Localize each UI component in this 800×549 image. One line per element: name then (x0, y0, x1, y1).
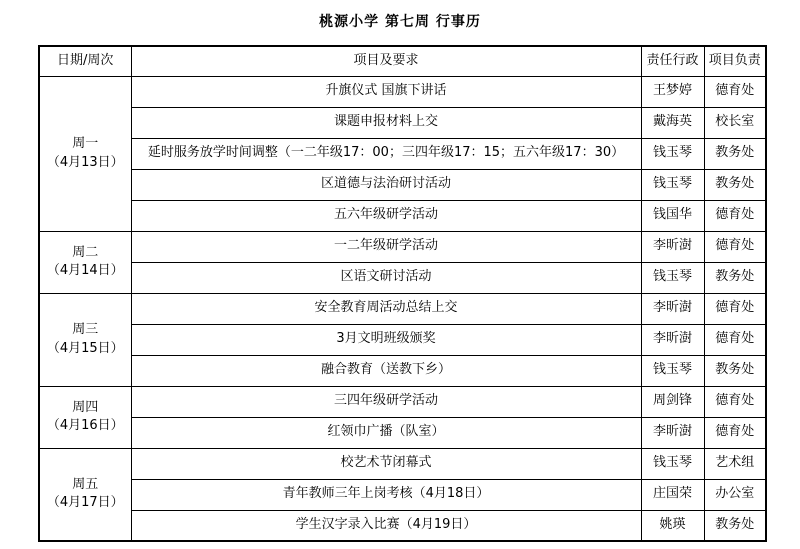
dept-cell: 德育处 (704, 293, 766, 324)
table-row: 周三（4月15日）安全教育周活动总结上交李昕澍德育处 (39, 293, 766, 324)
task-cell: 课题申报材料上交 (131, 107, 641, 138)
admin-cell: 李昕澍 (641, 324, 704, 355)
day-label: 周三 (44, 321, 127, 339)
table-row: 课题申报材料上交戴海英校长室 (39, 107, 766, 138)
header-task: 项目及要求 (131, 46, 641, 76)
task-cell: 青年教师三年上岗考核（4月18日） (131, 479, 641, 510)
admin-cell: 李昕澍 (641, 293, 704, 324)
task-cell: 学生汉字录入比赛（4月19日） (131, 510, 641, 541)
page-title: 桃源小学 第七周 行事历 (0, 13, 800, 32)
admin-cell: 钱玉琴 (641, 448, 704, 479)
schedule-table: 日期/周次 项目及要求 责任行政 项目负责 周一（4月13日）升旗仪式 国旗下讲… (38, 45, 767, 542)
admin-cell: 钱国华 (641, 200, 704, 231)
task-cell: 3月文明班级颁奖 (131, 324, 641, 355)
document-page: 桃源小学 第七周 行事历 日期/周次 项目及要求 责任行政 项目负责 周一（4月… (0, 0, 800, 549)
admin-cell: 周剑锋 (641, 386, 704, 417)
table-row: 区道德与法治研讨活动钱玉琴教务处 (39, 169, 766, 200)
admin-cell: 姚瑛 (641, 510, 704, 541)
task-cell: 延时服务放学时间调整（一二年级17：00；三四年级17：15；五六年级17：30… (131, 138, 641, 169)
admin-cell: 李昕澍 (641, 231, 704, 262)
dept-cell: 校长室 (704, 107, 766, 138)
date-label: （4月14日） (44, 262, 127, 280)
table-body: 周一（4月13日）升旗仪式 国旗下讲话王梦婷德育处课题申报材料上交戴海英校长室延… (39, 76, 766, 541)
day-cell: 周五（4月17日） (39, 448, 131, 541)
admin-cell: 钱玉琴 (641, 169, 704, 200)
task-cell: 一二年级研学活动 (131, 231, 641, 262)
table-row: 周一（4月13日）升旗仪式 国旗下讲话王梦婷德育处 (39, 76, 766, 107)
task-cell: 融合教育（送教下乡） (131, 355, 641, 386)
table-row: 区语文研讨活动钱玉琴教务处 (39, 262, 766, 293)
table-header: 日期/周次 项目及要求 责任行政 项目负责 (39, 46, 766, 76)
dept-cell: 德育处 (704, 324, 766, 355)
task-cell: 区道德与法治研讨活动 (131, 169, 641, 200)
header-row: 日期/周次 项目及要求 责任行政 项目负责 (39, 46, 766, 76)
admin-cell: 王梦婷 (641, 76, 704, 107)
task-cell: 五六年级研学活动 (131, 200, 641, 231)
day-label: 周四 (44, 399, 127, 417)
admin-cell: 钱玉琴 (641, 262, 704, 293)
dept-cell: 教务处 (704, 510, 766, 541)
task-cell: 安全教育周活动总结上交 (131, 293, 641, 324)
table-row: 红领巾广播（队室）李昕澍德育处 (39, 417, 766, 448)
header-admin: 责任行政 (641, 46, 704, 76)
admin-cell: 钱玉琴 (641, 138, 704, 169)
dept-cell: 艺术组 (704, 448, 766, 479)
day-cell: 周二（4月14日） (39, 231, 131, 293)
date-label: （4月13日） (44, 154, 127, 172)
table-row: 五六年级研学活动钱国华德育处 (39, 200, 766, 231)
day-cell: 周一（4月13日） (39, 76, 131, 231)
table-row: 融合教育（送教下乡）钱玉琴教务处 (39, 355, 766, 386)
dept-cell: 教务处 (704, 262, 766, 293)
date-label: （4月17日） (44, 494, 127, 512)
table-row: 学生汉字录入比赛（4月19日）姚瑛教务处 (39, 510, 766, 541)
table-row: 3月文明班级颁奖李昕澍德育处 (39, 324, 766, 355)
dept-cell: 教务处 (704, 169, 766, 200)
table-row: 周五（4月17日）校艺术节闭幕式钱玉琴艺术组 (39, 448, 766, 479)
dept-cell: 德育处 (704, 386, 766, 417)
header-dept: 项目负责 (704, 46, 766, 76)
day-label: 周一 (44, 135, 127, 153)
day-label: 周五 (44, 476, 127, 494)
table-row: 青年教师三年上岗考核（4月18日）庄国荣办公室 (39, 479, 766, 510)
task-cell: 三四年级研学活动 (131, 386, 641, 417)
admin-cell: 钱玉琴 (641, 355, 704, 386)
day-cell: 周三（4月15日） (39, 293, 131, 386)
dept-cell: 教务处 (704, 138, 766, 169)
admin-cell: 戴海英 (641, 107, 704, 138)
day-label: 周二 (44, 244, 127, 262)
table-row: 延时服务放学时间调整（一二年级17：00；三四年级17：15；五六年级17：30… (39, 138, 766, 169)
table-row: 周二（4月14日）一二年级研学活动李昕澍德育处 (39, 231, 766, 262)
dept-cell: 德育处 (704, 76, 766, 107)
dept-cell: 德育处 (704, 200, 766, 231)
table-row: 周四（4月16日）三四年级研学活动周剑锋德育处 (39, 386, 766, 417)
admin-cell: 庄国荣 (641, 479, 704, 510)
header-date-week: 日期/周次 (39, 46, 131, 76)
dept-cell: 德育处 (704, 417, 766, 448)
dept-cell: 教务处 (704, 355, 766, 386)
date-label: （4月15日） (44, 340, 127, 358)
admin-cell: 李昕澍 (641, 417, 704, 448)
dept-cell: 办公室 (704, 479, 766, 510)
task-cell: 校艺术节闭幕式 (131, 448, 641, 479)
date-label: （4月16日） (44, 417, 127, 435)
task-cell: 区语文研讨活动 (131, 262, 641, 293)
dept-cell: 德育处 (704, 231, 766, 262)
day-cell: 周四（4月16日） (39, 386, 131, 448)
task-cell: 红领巾广播（队室） (131, 417, 641, 448)
task-cell: 升旗仪式 国旗下讲话 (131, 76, 641, 107)
